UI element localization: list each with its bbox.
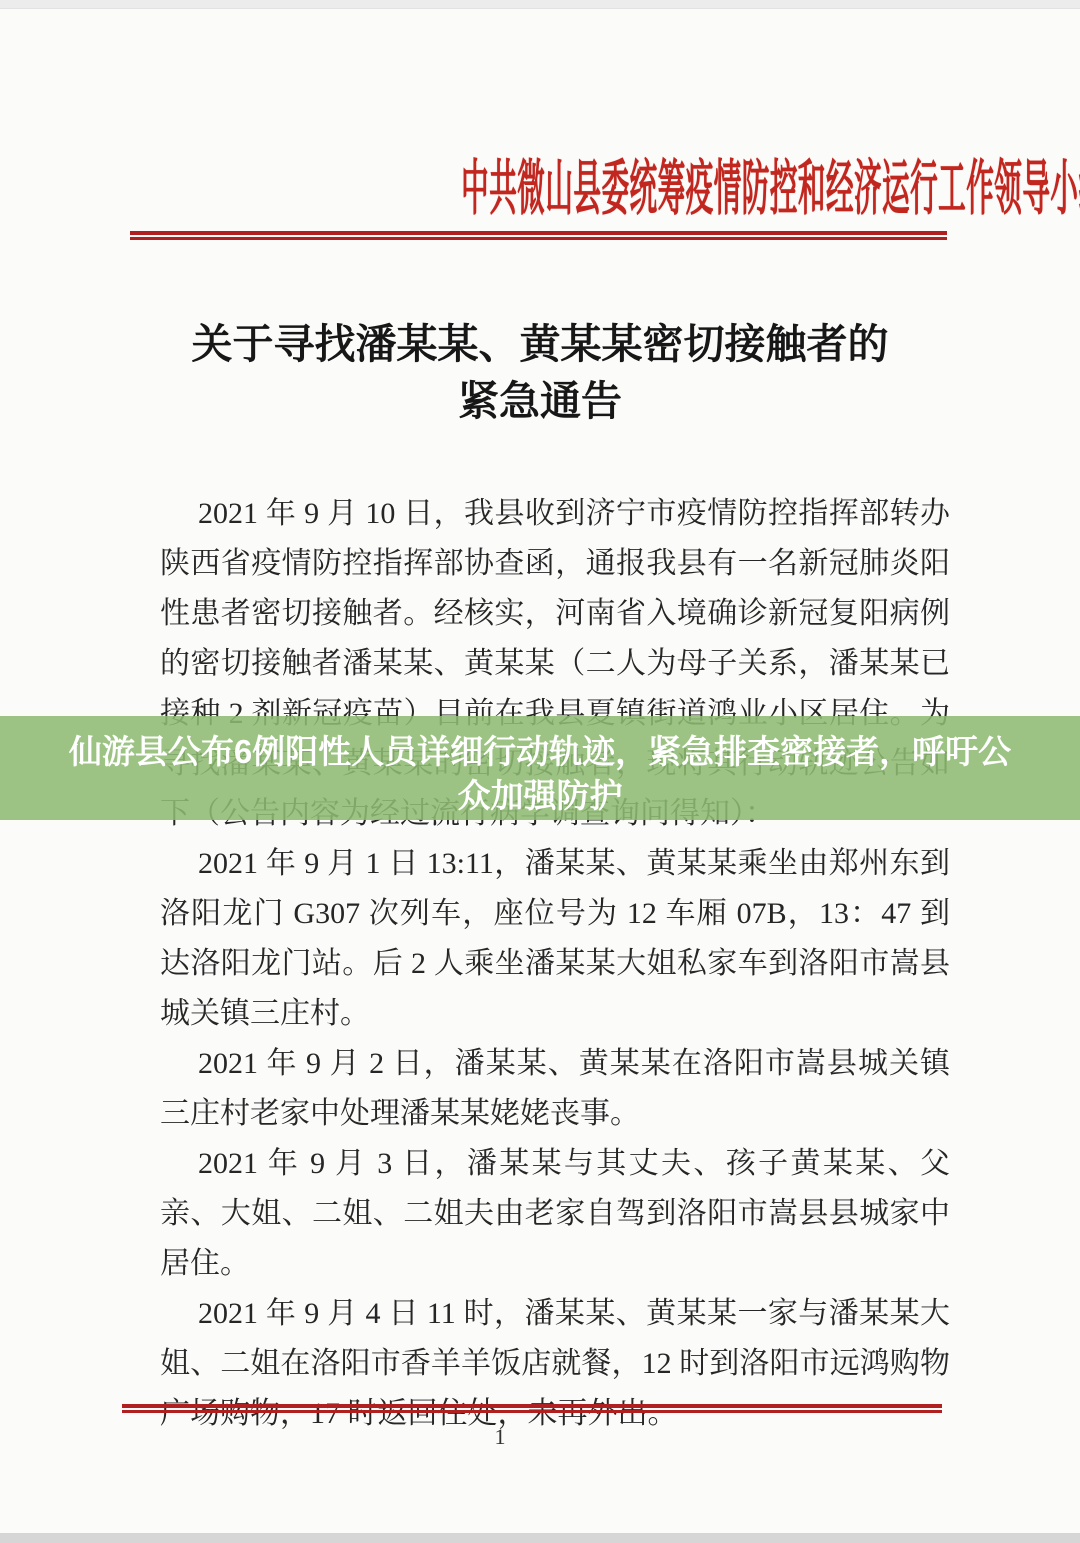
header-divider-line — [130, 231, 947, 240]
footer-divider-line — [122, 1404, 942, 1413]
overlay-headline: 仙游县公布6例阳性人员详细行动轨迹，紧急排查密接者，呼吁公众加强防护 — [58, 730, 1022, 818]
letterbox-bottom — [0, 1533, 1080, 1543]
paragraph-sep3-itinerary: 2021 年 9 月 3 日，潘某某与其丈夫、孩子黄某某、父亲、大姐、二姐、二姐… — [160, 1139, 950, 1289]
paragraph-sep4-itinerary: 2021 年 9 月 4 日 11 时，潘某某、黄某某一家与潘某某大姐、二姐在洛… — [160, 1289, 950, 1439]
page-number: 1 — [0, 1424, 1000, 1450]
issuing-org-name: 中共微山县委统筹疫情防控和经济运行工作领导小组（指挥部） — [461, 150, 1080, 228]
letterbox-top — [0, 0, 1080, 9]
paragraph-sep2-itinerary: 2021 年 9 月 2 日，潘某某、黄某某在洛阳市嵩县城关镇三庄村老家中处理潘… — [160, 1039, 950, 1139]
paragraph-sep1-itinerary: 2021 年 9 月 1 日 13:11，潘某某、黄某某乘坐由郑州东到洛阳龙门 … — [160, 839, 950, 1039]
document-header: 中共微山县委统筹疫情防控和经济运行工作领导小组（指挥部） — [0, 150, 1080, 230]
document-title: 关于寻找潘某某、黄某某密切接触者的紧急通告 — [190, 316, 890, 430]
screenshot-root: 中共微山县委统筹疫情防控和经济运行工作领导小组（指挥部） 关于寻找潘某某、黄某某… — [0, 0, 1080, 1543]
news-overlay-banner: 仙游县公布6例阳性人员详细行动轨迹，紧急排查密接者，呼吁公众加强防护 — [0, 716, 1080, 820]
document-body: 2021 年 9 月 10 日，我县收到济宁市疫情防控指挥部转办陕西省疫情防控指… — [160, 489, 950, 1439]
